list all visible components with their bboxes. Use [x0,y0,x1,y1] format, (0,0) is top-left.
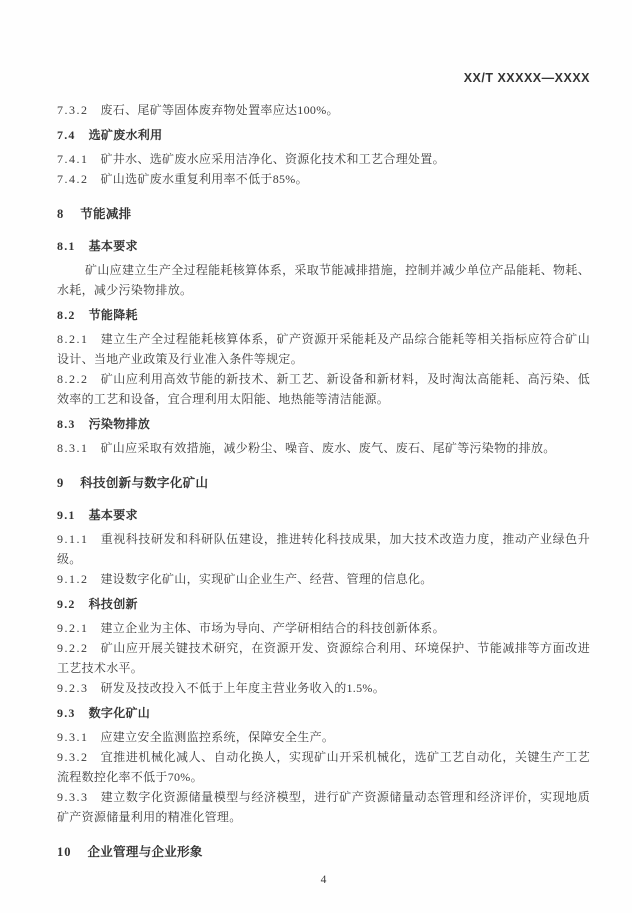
clause-number: 8.3.1 [57,441,89,455]
clause-9.1.2: 9.1.2建设数字化矿山，实现矿山企业生产、经营、管理的信息化。 [57,569,590,589]
clause-number: 9.2.3 [57,681,89,695]
clause-9.1.1: 9.1.1重视科技研发和科研队伍建设，推进转化科技成果，加大技术改造力度，推动产… [57,529,590,569]
clause-number: 10 [57,845,72,859]
clause-text: 矿山应采取有效措施，减少粉尘、噪音、废水、废气、废石、尾矿等污染物的排放。 [101,441,556,455]
clause-number: 9.2 [57,597,76,611]
clause-number: 9.3.1 [57,730,89,744]
clause-7.3.2: 7.3.2废石、尾矿等固体废弃物处置率应达100%。 [57,100,590,120]
clause-number: 9.1.2 [57,572,89,586]
clause-8.2.1: 8.2.1建立生产全过程能耗核算体系，矿产资源开采能耗及产品综合能耗等相关指标应… [57,329,590,369]
section-heading-9.3: 9.3数字化矿山 [57,703,590,723]
clause-text: 基本要求 [89,239,138,253]
clause-9.2.3: 9.2.3研发及技改投入不低于上年度主营业务收入的1.5%。 [57,678,590,698]
clause-number: 8.1 [57,239,76,253]
document-number: XX/T XXXXX—XXXX [57,70,590,86]
clause-number: 7.4.1 [57,152,89,166]
clause-number: 9.3.2 [57,750,89,764]
section-heading-8.2: 8.2节能降耗 [57,305,590,325]
clause-text: 污染物排放 [89,417,151,431]
clause-text: 企业管理与企业形象 [88,845,203,859]
clause-number: 9.3 [57,706,76,720]
paragraph: 矿山应建立生产全过程能耗核算体系，采取节能减排措施，控制并减少单位产品能耗、物耗… [57,260,590,300]
clause-number: 9.1.1 [57,532,89,546]
clause-text: 科技创新与数字化矿山 [80,476,208,490]
clause-9.3.2: 9.3.2宜推进机械化减人、自动化换人，实现矿山开采机械化，选矿工艺自动化，关键… [57,747,590,787]
clause-number: 8.2.1 [57,332,89,346]
section-heading-8.1: 8.1基本要求 [57,236,590,256]
clause-text: 节能降耗 [89,308,138,322]
clause-text: 建立企业为主体、市场为导向、产学研相结合的科技创新体系。 [101,621,445,635]
clause-text: 重视科技研发和科研队伍建设，推进转化科技成果，加大技术改造力度，推动产业绿色升级… [57,532,590,566]
clause-9.2.1: 9.2.1建立企业为主体、市场为导向、产学研相结合的科技创新体系。 [57,618,590,638]
section-heading-8.3: 8.3污染物排放 [57,414,590,434]
clause-text: 废石、尾矿等固体废弃物处置率应达100%。 [101,103,339,117]
clause-7.4.1: 7.4.1矿井水、选矿废水应采用洁净化、资源化技术和工艺合理处置。 [57,149,590,169]
clause-8.2.2: 8.2.2矿山应利用高效节能的新技术、新工艺、新设备和新材料，及时淘汰高能耗、高… [57,369,590,409]
section-heading-9.1: 9.1基本要求 [57,505,590,525]
clause-text: 建立生产全过程能耗核算体系，矿产资源开采能耗及产品综合能耗等相关指标应符合矿山设… [57,332,590,366]
clause-number: 7.4 [57,128,76,142]
clause-number: 9.3.3 [57,790,89,804]
section-heading-8: 8节能减排 [57,204,590,224]
clause-text: 研发及技改投入不低于上年度主营业务收入的1.5%。 [101,681,386,695]
clause-text: 建立数字化资源储量模型与经济模型，进行矿产资源储量动态管理和经济评价，实现地质矿… [57,790,590,824]
clause-text: 矿井水、选矿废水应采用洁净化、资源化技术和工艺合理处置。 [101,152,445,166]
clause-7.4.2: 7.4.2矿山选矿废水重复利用率不低于85%。 [57,169,590,189]
section-heading-9.2: 9.2科技创新 [57,594,590,614]
clause-text: 节能减排 [80,207,131,221]
clause-number: 8.3 [57,417,76,431]
clause-text: 宜推进机械化减人、自动化换人，实现矿山开采机械化，选矿工艺自动化，关键生产工艺流… [57,750,590,784]
clause-number: 8.2 [57,308,76,322]
clause-number: 8 [57,207,64,221]
clause-text: 矿山应利用高效节能的新技术、新工艺、新设备和新材料，及时淘汰高能耗、高污染、低效… [57,372,590,406]
clause-number: 8.2.2 [57,372,89,386]
clause-number: 7.3.2 [57,103,89,117]
clause-number: 9.2.2 [57,641,89,655]
clause-text: 科技创新 [89,597,138,611]
section-heading-9: 9科技创新与数字化矿山 [57,473,590,493]
clause-text: 建设数字化矿山，实现矿山企业生产、经营、管理的信息化。 [101,572,433,586]
page-number: 4 [57,874,590,886]
clause-number: 9.1 [57,508,76,522]
clause-9.3.3: 9.3.3建立数字化资源储量模型与经济模型，进行矿产资源储量动态管理和经济评价，… [57,787,590,827]
clause-text: 数字化矿山 [89,706,151,720]
clause-8.3.1: 8.3.1矿山应采取有效措施，减少粉尘、噪音、废水、废气、废石、尾矿等污染物的排… [57,438,590,458]
clause-number: 7.4.2 [57,172,89,186]
clause-text: 矿山应开展关键技术研究，在资源开发、资源综合利用、环境保护、节能减排等方面改进工… [57,641,590,675]
clause-text: 矿山选矿废水重复利用率不低于85%。 [101,172,308,186]
section-heading-10: 10企业管理与企业形象 [57,842,590,862]
section-heading-7.4: 7.4选矿废水利用 [57,125,590,145]
clause-text: 基本要求 [89,508,138,522]
document-page: XX/T XXXXX—XXXX 7.3.2废石、尾矿等固体废弃物处置率应达100… [0,0,632,913]
clause-9.3.1: 9.3.1应建立安全监测监控系统，保障安全生产。 [57,727,590,747]
clause-text: 应建立安全监测监控系统，保障安全生产。 [101,730,335,744]
clause-number: 9.2.1 [57,621,89,635]
clause-text: 选矿废水利用 [89,128,163,142]
clause-number: 9 [57,476,64,490]
clause-9.2.2: 9.2.2矿山应开展关键技术研究，在资源开发、资源综合利用、环境保护、节能减排等… [57,638,590,678]
document-content: 7.3.2废石、尾矿等固体废弃物处置率应达100%。7.4选矿废水利用7.4.1… [57,100,590,862]
